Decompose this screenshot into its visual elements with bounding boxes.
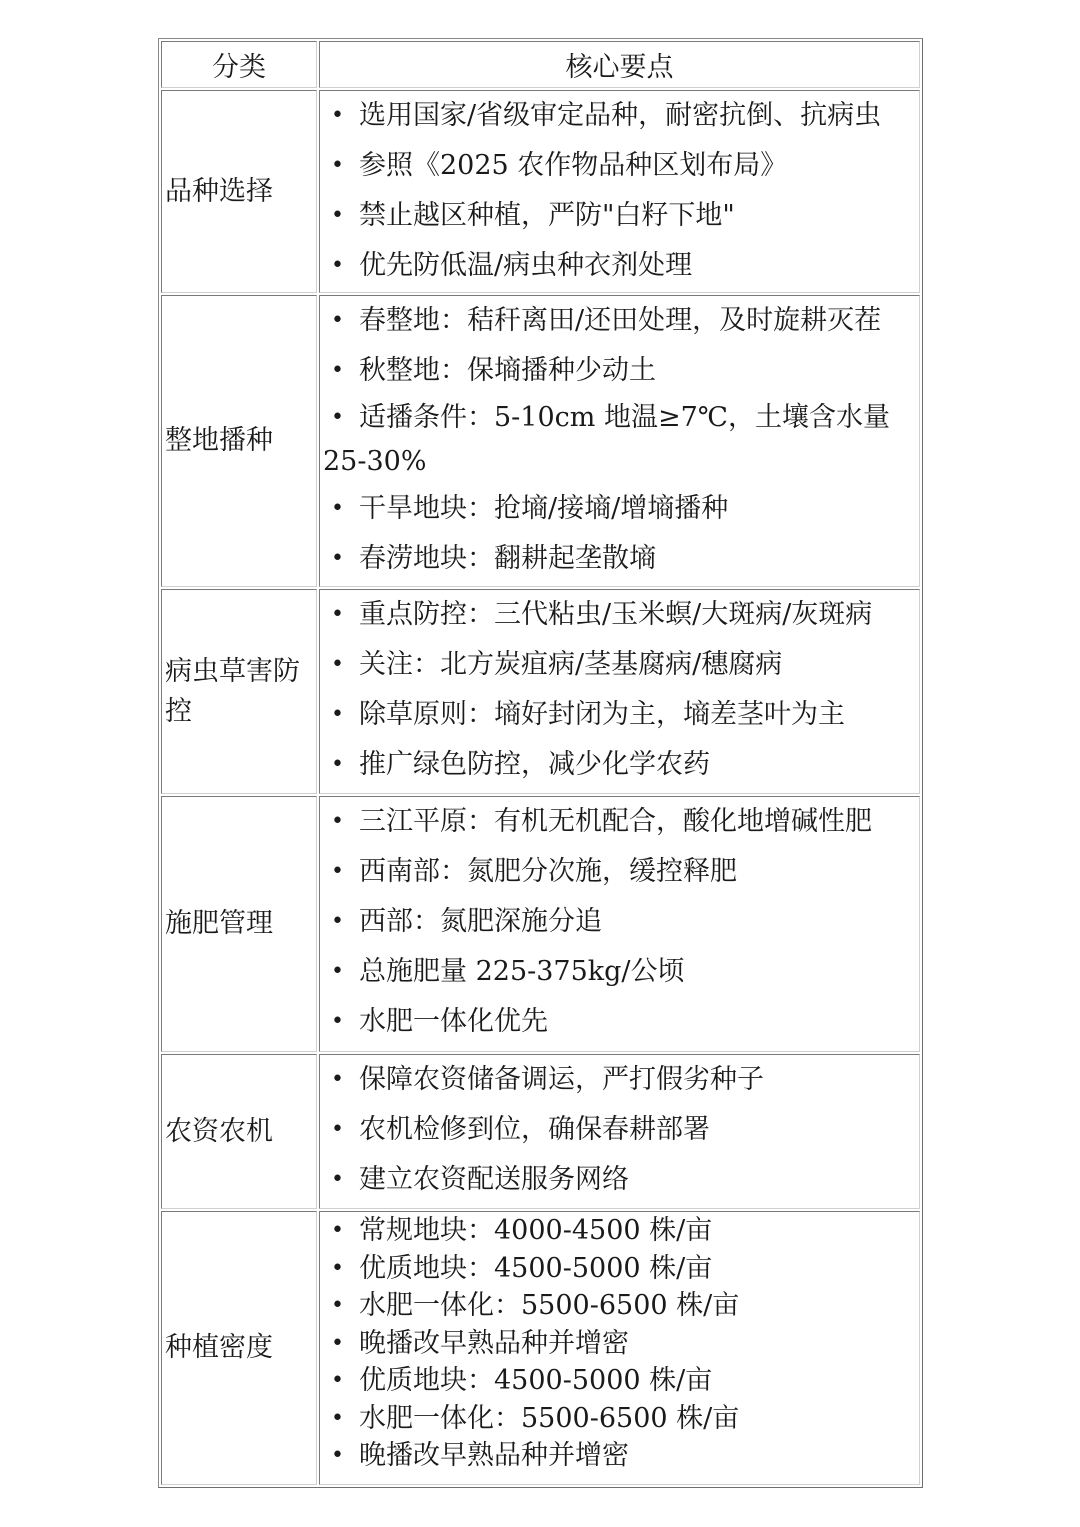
category-cell: 施肥管理 — [161, 796, 317, 1052]
list-item: 晚播改早熟品种并增密 — [323, 1325, 916, 1363]
table-row: 种植密度 常规地块：4000-4500 株/亩 优质地块：4500-5000 株… — [161, 1211, 920, 1485]
category-cell: 病虫草害防控 — [161, 589, 317, 794]
list-item: 西南部：氮肥分次施，缓控释肥 — [323, 847, 916, 897]
list-item: 农机检修到位，确保春耕部署 — [323, 1105, 916, 1155]
list-item: 优先防低温/病虫种衣剂处理 — [323, 241, 916, 291]
list-item: 除草原则：墒好封闭为主，墒差茎叶为主 — [323, 690, 916, 740]
points-list: 春整地：秸秆离田/还田处理，及时旋耕灭茬 秋整地：保墒播种少动土 适播条件：5-… — [323, 296, 916, 584]
list-item: 秋整地：保墒播种少动土 — [323, 346, 916, 396]
category-cell: 品种选择 — [161, 90, 317, 293]
list-item: 干旱地块：抢墒/接墒/增墒播种 — [323, 484, 916, 534]
points-cell: 常规地块：4000-4500 株/亩 优质地块：4500-5000 株/亩 水肥… — [319, 1211, 920, 1485]
points-list: 常规地块：4000-4500 株/亩 优质地块：4500-5000 株/亩 水肥… — [323, 1212, 916, 1475]
header-row: 分类 核心要点 — [161, 41, 920, 88]
list-item: 建立农资配送服务网络 — [323, 1155, 916, 1205]
points-list: 重点防控：三代粘虫/玉米螟/大斑病/灰斑病 关注：北方炭疽病/茎基腐病/穗腐病 … — [323, 590, 916, 790]
list-item: 重点防控：三代粘虫/玉米螟/大斑病/灰斑病 — [323, 590, 916, 640]
list-item: 选用国家/省级审定品种，耐密抗倒、抗病虫 — [323, 91, 916, 141]
points-cell: 三江平原：有机无机配合，酸化地增碱性肥 西南部：氮肥分次施，缓控释肥 西部：氮肥… — [319, 796, 920, 1052]
list-item-continuation: 25-30% — [323, 440, 916, 484]
table-row: 整地播种 春整地：秸秆离田/还田处理，及时旋耕灭茬 秋整地：保墒播种少动土 适播… — [161, 295, 920, 587]
list-item: 西部：氮肥深施分追 — [323, 897, 916, 947]
category-cell: 整地播种 — [161, 295, 317, 587]
list-item: 总施肥量 225-375kg/公顷 — [323, 947, 916, 997]
list-item: 优质地块：4500-5000 株/亩 — [323, 1362, 916, 1400]
list-item: 水肥一体化优先 — [323, 997, 916, 1047]
list-item: 水肥一体化：5500-6500 株/亩 — [323, 1287, 916, 1325]
points-list: 选用国家/省级审定品种，耐密抗倒、抗病虫 参照《2025 农作物品种区划布局》 … — [323, 91, 916, 291]
list-item-text: 适播条件：5-10cm 地温≥7℃，土壤含水量 — [359, 402, 890, 433]
points-cell: 春整地：秸秆离田/还田处理，及时旋耕灭茬 秋整地：保墒播种少动土 适播条件：5-… — [319, 295, 920, 587]
list-item: 三江平原：有机无机配合，酸化地增碱性肥 — [323, 797, 916, 847]
table-row: 农资农机 保障农资储备调运，严打假劣种子 农机检修到位，确保春耕部署 建立农资配… — [161, 1054, 920, 1209]
category-cell: 种植密度 — [161, 1211, 317, 1485]
table-row: 病虫草害防控 重点防控：三代粘虫/玉米螟/大斑病/灰斑病 关注：北方炭疽病/茎基… — [161, 589, 920, 794]
list-item: 春涝地块：翻耕起垄散墒 — [323, 534, 916, 584]
list-item: 常规地块：4000-4500 株/亩 — [323, 1212, 916, 1250]
list-item: 参照《2025 农作物品种区划布局》 — [323, 141, 916, 191]
category-cell: 农资农机 — [161, 1054, 317, 1209]
list-item-wrapped: 适播条件：5-10cm 地温≥7℃，土壤含水量 25-30% — [323, 396, 916, 484]
points-cell: 选用国家/省级审定品种，耐密抗倒、抗病虫 参照《2025 农作物品种区划布局》 … — [319, 90, 920, 293]
header-category: 分类 — [161, 41, 317, 88]
list-item: 保障农资储备调运，严打假劣种子 — [323, 1055, 916, 1105]
list-item: 优质地块：4500-5000 株/亩 — [323, 1250, 916, 1288]
key-points-table: 分类 核心要点 品种选择 选用国家/省级审定品种，耐密抗倒、抗病虫 参照《202… — [158, 38, 923, 1488]
points-cell: 保障农资储备调运，严打假劣种子 农机检修到位，确保春耕部署 建立农资配送服务网络 — [319, 1054, 920, 1209]
table-row: 施肥管理 三江平原：有机无机配合，酸化地增碱性肥 西南部：氮肥分次施，缓控释肥 … — [161, 796, 920, 1052]
points-list: 保障农资储备调运，严打假劣种子 农机检修到位，确保春耕部署 建立农资配送服务网络 — [323, 1055, 916, 1205]
list-item: 水肥一体化：5500-6500 株/亩 — [323, 1400, 916, 1438]
header-key-points: 核心要点 — [319, 41, 920, 88]
list-item: 禁止越区种植，严防"白籽下地" — [323, 191, 916, 241]
list-item: 推广绿色防控，减少化学农药 — [323, 740, 916, 790]
list-item: 春整地：秸秆离田/还田处理，及时旋耕灭茬 — [323, 296, 916, 346]
table-row: 品种选择 选用国家/省级审定品种，耐密抗倒、抗病虫 参照《2025 农作物品种区… — [161, 90, 920, 293]
list-item: 关注：北方炭疽病/茎基腐病/穗腐病 — [323, 640, 916, 690]
list-item: 晚播改早熟品种并增密 — [323, 1437, 916, 1475]
points-list: 三江平原：有机无机配合，酸化地增碱性肥 西南部：氮肥分次施，缓控释肥 西部：氮肥… — [323, 797, 916, 1047]
points-cell: 重点防控：三代粘虫/玉米螟/大斑病/灰斑病 关注：北方炭疽病/茎基腐病/穗腐病 … — [319, 589, 920, 794]
